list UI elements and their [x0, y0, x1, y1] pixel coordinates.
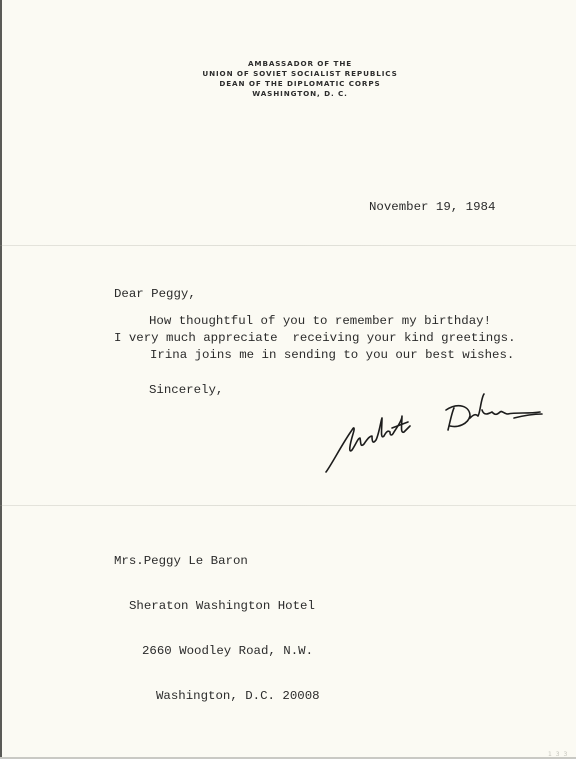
body-line: I very much appreciate receiving your ki… — [114, 330, 516, 347]
fold-line — [0, 245, 576, 246]
address-line: Washington, D.C. 20008 — [114, 689, 320, 704]
letterhead-line: UNION OF SOVIET SOCIALIST REPUBLICS — [180, 69, 420, 79]
address-line: Sheraton Washington Hotel — [114, 599, 320, 614]
letterhead-line: AMBASSADOR OF THE — [180, 59, 420, 69]
letterhead: AMBASSADOR OF THE UNION OF SOVIET SOCIAL… — [180, 59, 420, 99]
letterhead-line: DEAN OF THE DIPLOMATIC CORPS — [180, 79, 420, 89]
letter-date: November 19, 1984 — [369, 200, 495, 214]
letter-page: AMBASSADOR OF THE UNION OF SOVIET SOCIAL… — [0, 0, 576, 758]
closing: Sincerely, — [149, 383, 223, 397]
letterhead-line: WASHINGTON, D. C. — [180, 89, 420, 99]
fold-line — [0, 505, 576, 506]
address-line: 2660 Woodley Road, N.W. — [114, 644, 320, 659]
body-line: How thoughtful of you to remember my bir… — [149, 313, 491, 330]
body-line: Irina joins me in sending to you our bes… — [150, 347, 514, 364]
scan-background — [0, 759, 576, 768]
salutation: Dear Peggy, — [114, 287, 196, 301]
signature — [318, 392, 548, 482]
recipient-address: Mrs.Peggy Le Baron Sheraton Washington H… — [114, 524, 320, 734]
address-line: Mrs.Peggy Le Baron — [114, 554, 320, 569]
